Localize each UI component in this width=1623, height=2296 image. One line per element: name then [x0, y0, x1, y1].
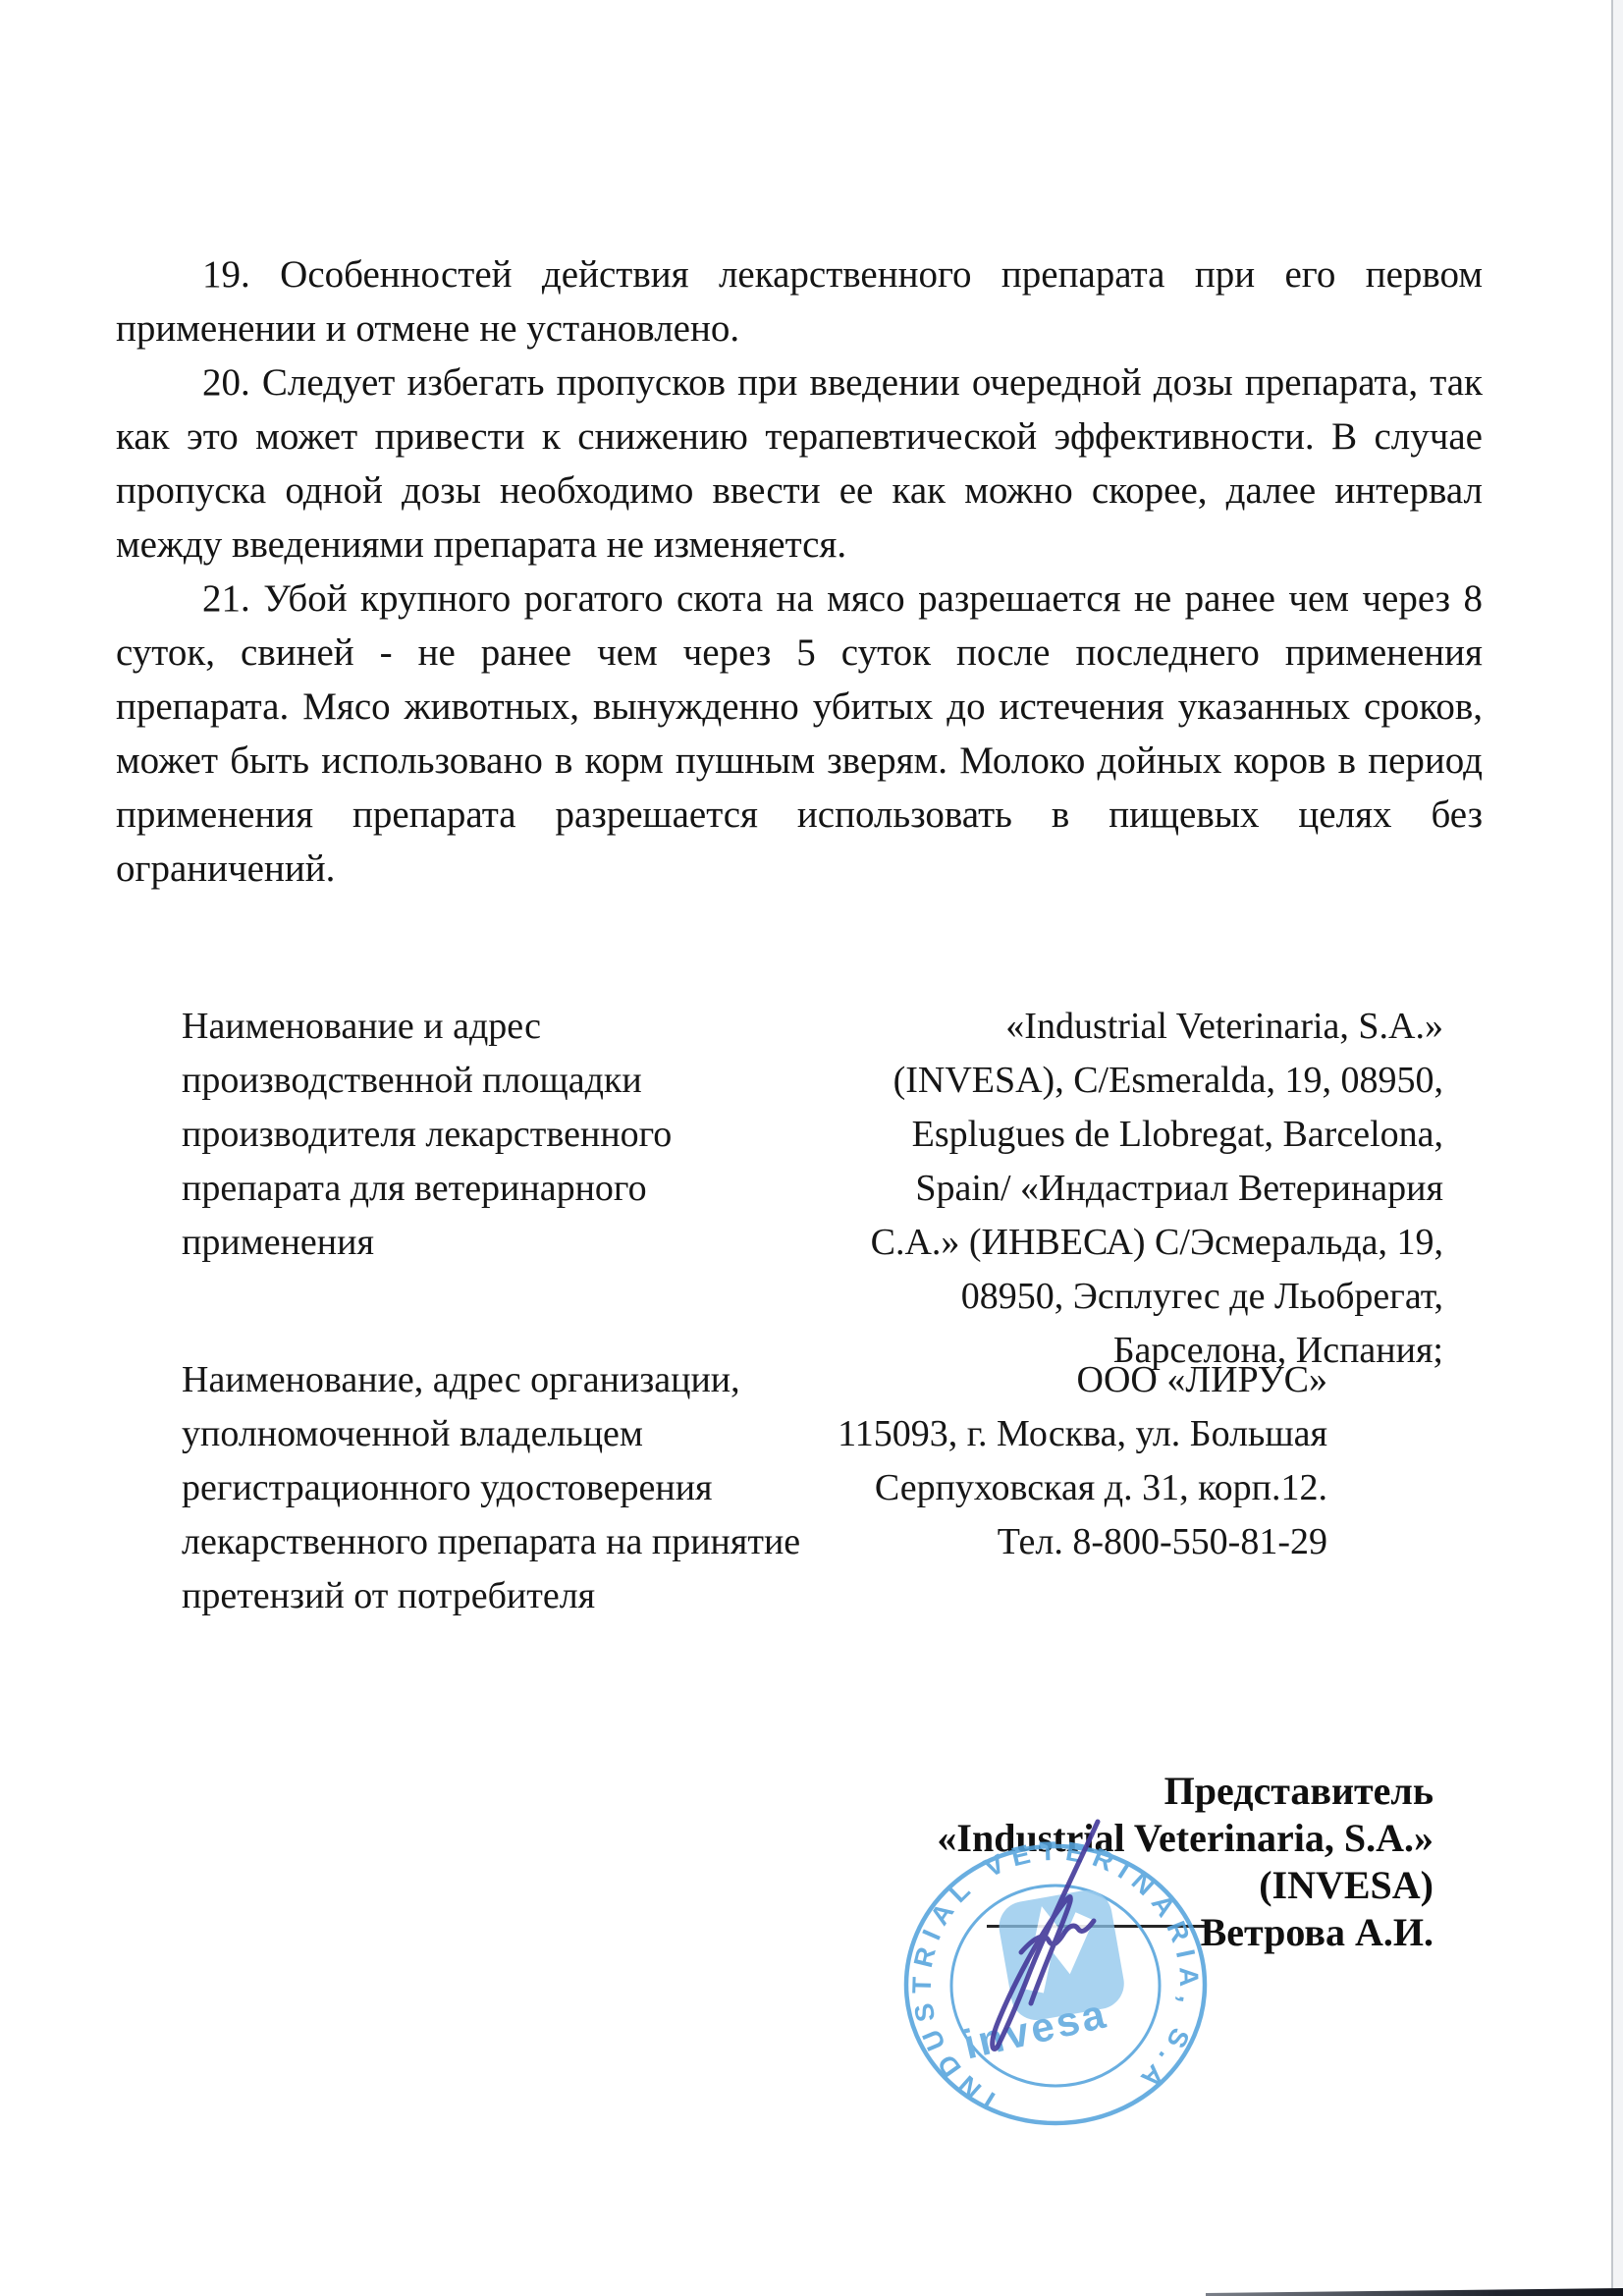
paragraph-21: 21. Убой крупного рогатого скота на мясо… [116, 572, 1483, 896]
paragraph-19: 19. Особенностей действия лекарственного… [116, 247, 1483, 355]
main-text-block: 19. Особенностей действия лекарственного… [116, 247, 1483, 896]
signature-scribble [962, 1807, 1159, 2062]
claims-organization-value: ООО «ЛИРУС» 115093, г. Москва, ул. Больш… [785, 1353, 1327, 1569]
manufacturer-label: Наименование и адрес производственной пл… [182, 1000, 771, 1270]
claims-organization-label: Наименование, адрес организации, уполном… [182, 1353, 810, 1623]
signature-ink [962, 1807, 1159, 2062]
manufacturer-value: «Industrial Veterinaria, S.A.» (INVESA),… [776, 1000, 1443, 1378]
scanned-document-page: 19. Особенностей действия лекарственного… [0, 0, 1623, 2296]
page-bottom-scan-bar [1206, 2288, 1623, 2296]
page-right-scan-edge [1611, 0, 1623, 2296]
paragraph-20: 20. Следует избегать пропусков при введе… [116, 355, 1483, 572]
